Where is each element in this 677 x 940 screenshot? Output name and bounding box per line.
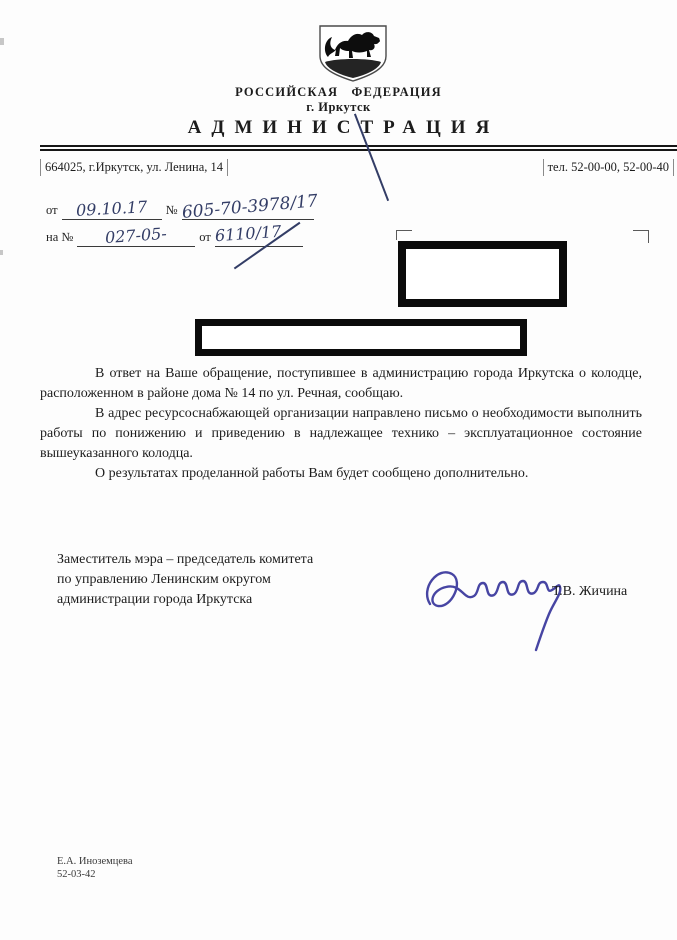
letter-body: В ответ на Ваше обращение, поступившее в… [40,364,642,484]
ref-from-value-handwritten: 09.10.17 [75,197,147,220]
body-paragraph: О результатах проделанной работы Вам буд… [40,464,642,484]
letterhead-contact-row: 664025, г.Иркутск, ул. Ленина, 14 тел. 5… [40,159,674,176]
letterhead-address: 664025, г.Иркутск, ул. Ленина, 14 [40,159,228,176]
ref-number-label: № [166,203,178,217]
redaction-box-recipient [398,241,567,307]
redaction-box-address [195,319,527,356]
ref-line-outgoing: от 09.10.17 № 605-70-3978/17 [46,199,314,220]
crop-mark-top-left [396,230,412,240]
letterhead-phone: тел. 52-00-00, 52-00-40 [543,159,674,176]
irkutsk-coat-of-arms-icon [314,24,392,84]
signer-name: Т.В. Жичина [552,584,627,600]
ref-reply-date-label: от [199,230,211,244]
ref-number-value-handwritten: 605-70-3978/17 [181,191,318,223]
letterhead-org-title: АДМИНИСТРАЦИЯ [0,117,677,139]
crop-mark-top-right [633,230,649,243]
ref-reply-number-label: на № [46,230,73,244]
executor-name: Е.А. Иноземцева [57,856,133,869]
ref-from-label: от [46,203,58,217]
ref-reply-number-field: 027-05- [77,226,195,247]
signer-position-line: Заместитель мэра – председатель комитета [57,550,417,570]
handwritten-signature [418,556,573,654]
scanned-letter-page: РОССИЙСКАЯ ФЕДЕРАЦИЯ г. Иркутск АДМИНИСТ… [0,0,677,940]
signer-position-line: администрации города Иркутска [57,590,417,610]
ref-number-field: 605-70-3978/17 [182,199,314,220]
letterhead-city: г. Иркутск [0,100,677,115]
executor-footer: Е.А. Иноземцева 52-03-42 [57,856,133,881]
signature-position-block: Заместитель мэра – председатель комитета… [57,550,417,610]
letterhead-country: РОССИЙСКАЯ ФЕДЕРАЦИЯ [0,85,677,100]
scan-artifact [0,38,4,45]
body-paragraph: В ответ на Ваше обращение, поступившее в… [40,364,642,404]
ref-from-field: 09.10.17 [62,199,162,220]
executor-phone: 52-03-42 [57,869,133,882]
scan-artifact [0,250,3,255]
header-rule-top [40,145,677,147]
ref-reply-number-value-handwritten: 027-05- [105,224,168,247]
signer-position-line: по управлению Ленинским округом [57,570,417,590]
header-rule-bottom [40,149,677,151]
body-paragraph: В адрес ресурсоснабжающей организации на… [40,404,642,464]
ref-line-incoming: на № 027-05- от 6110/17 [46,226,303,247]
